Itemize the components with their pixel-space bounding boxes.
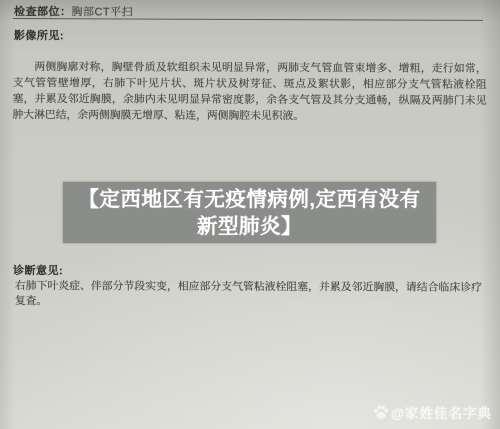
exam-site-label: 检查部位： bbox=[14, 6, 72, 18]
ct-report-photo: 检查部位：胸部CT平扫 影像所见: 两侧胸廓对称，胸壁骨质及软组织未见明显异常，… bbox=[0, 0, 500, 429]
findings-text: 两侧胸廓对称，胸壁骨质及软组织未见明显异常，两肺支气管血管束增多、增粗，走行如常… bbox=[13, 59, 487, 125]
watermark-text: @家姓佳名字典 bbox=[391, 402, 492, 422]
exam-site-value: 胸部CT平扫 bbox=[71, 6, 133, 18]
exam-site-line: 检查部位：胸部CT平扫 bbox=[14, 3, 133, 19]
baidu-paw-icon bbox=[373, 404, 389, 420]
findings-label: 影像所见: bbox=[14, 27, 64, 43]
diagnosis-label: 诊断意见: bbox=[13, 262, 63, 278]
diagnosis-text: 右肺下叶炎症、伴部分节段实变，相应部分支气管粘液栓阻塞，并累及邻近胸膜，请结合临… bbox=[15, 279, 482, 311]
overlay-caption-box: 【定西地区有无疫情病例,定西有没有新型肺炎】 bbox=[63, 182, 436, 243]
watermark: @家姓佳名字典 bbox=[373, 402, 492, 422]
divider-line bbox=[13, 18, 483, 21]
overlay-caption-text: 【定西地区有无疫情病例,定西有没有新型肺炎】 bbox=[74, 186, 426, 240]
